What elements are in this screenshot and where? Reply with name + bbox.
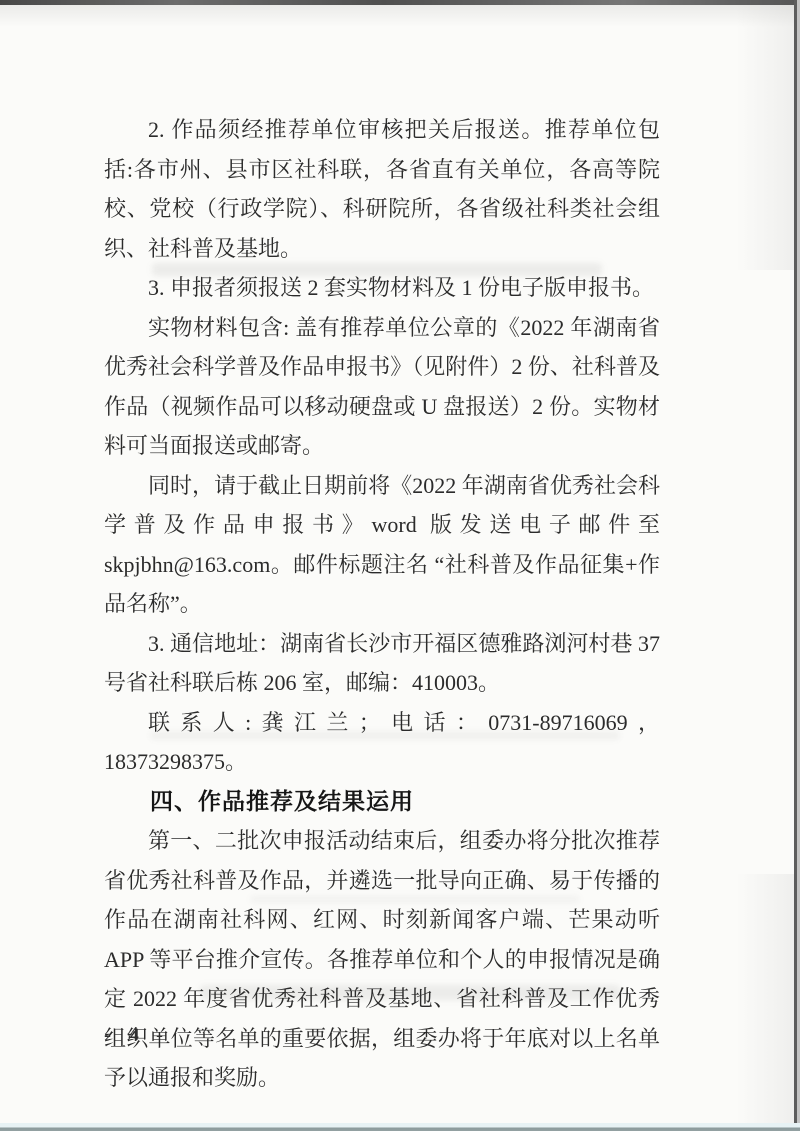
scan-shade-right-top bbox=[736, 5, 794, 270]
paragraph-mailing-address: 3. 通信地址：湖南省长沙市开福区德雅路浏河村巷 37 号省社科联后栋 206 … bbox=[104, 624, 660, 703]
scan-edge-bottom bbox=[0, 1123, 800, 1131]
paragraph-contact-person: 联系人:龚江兰；电话：0731-89716069，18373298375。 bbox=[104, 703, 660, 782]
document-body: 2. 作品须经推荐单位审核把关后报送。推荐单位包括:各市州、县市区社科联，各省直… bbox=[104, 110, 660, 1098]
paragraph-recommendation-units: 2. 作品须经推荐单位审核把关后报送。推荐单位包括:各市州、县市区社科联，各省直… bbox=[104, 110, 660, 268]
page-number: - 4 - bbox=[104, 1022, 169, 1047]
paragraph-promotion-and-results: 第一、二批次申报活动结束后，组委办将分批次推荐省优秀社科普及作品，并遴选一批导向… bbox=[104, 821, 660, 1098]
section-heading-four: 四、作品推荐及结果运用 bbox=[104, 782, 660, 822]
scan-shade-right-bottom bbox=[736, 874, 794, 1124]
paragraph-email-submission: 同时，请于截止日期前将《2022 年湖南省优秀社会科学普及作品申报书》word … bbox=[104, 466, 660, 624]
paragraph-materials-quantity: 3. 申报者须报送 2 套实物材料及 1 份电子版申报书。 bbox=[104, 268, 660, 308]
scan-shade-top bbox=[0, 5, 800, 27]
scanned-document-page: 2. 作品须经推荐单位审核把关后报送。推荐单位包括:各市州、县市区社科联，各省直… bbox=[0, 0, 800, 1131]
paragraph-materials-detail: 实物材料包含: 盖有推荐单位公章的《2022 年湖南省优秀社会科学普及作品申报书… bbox=[104, 308, 660, 466]
